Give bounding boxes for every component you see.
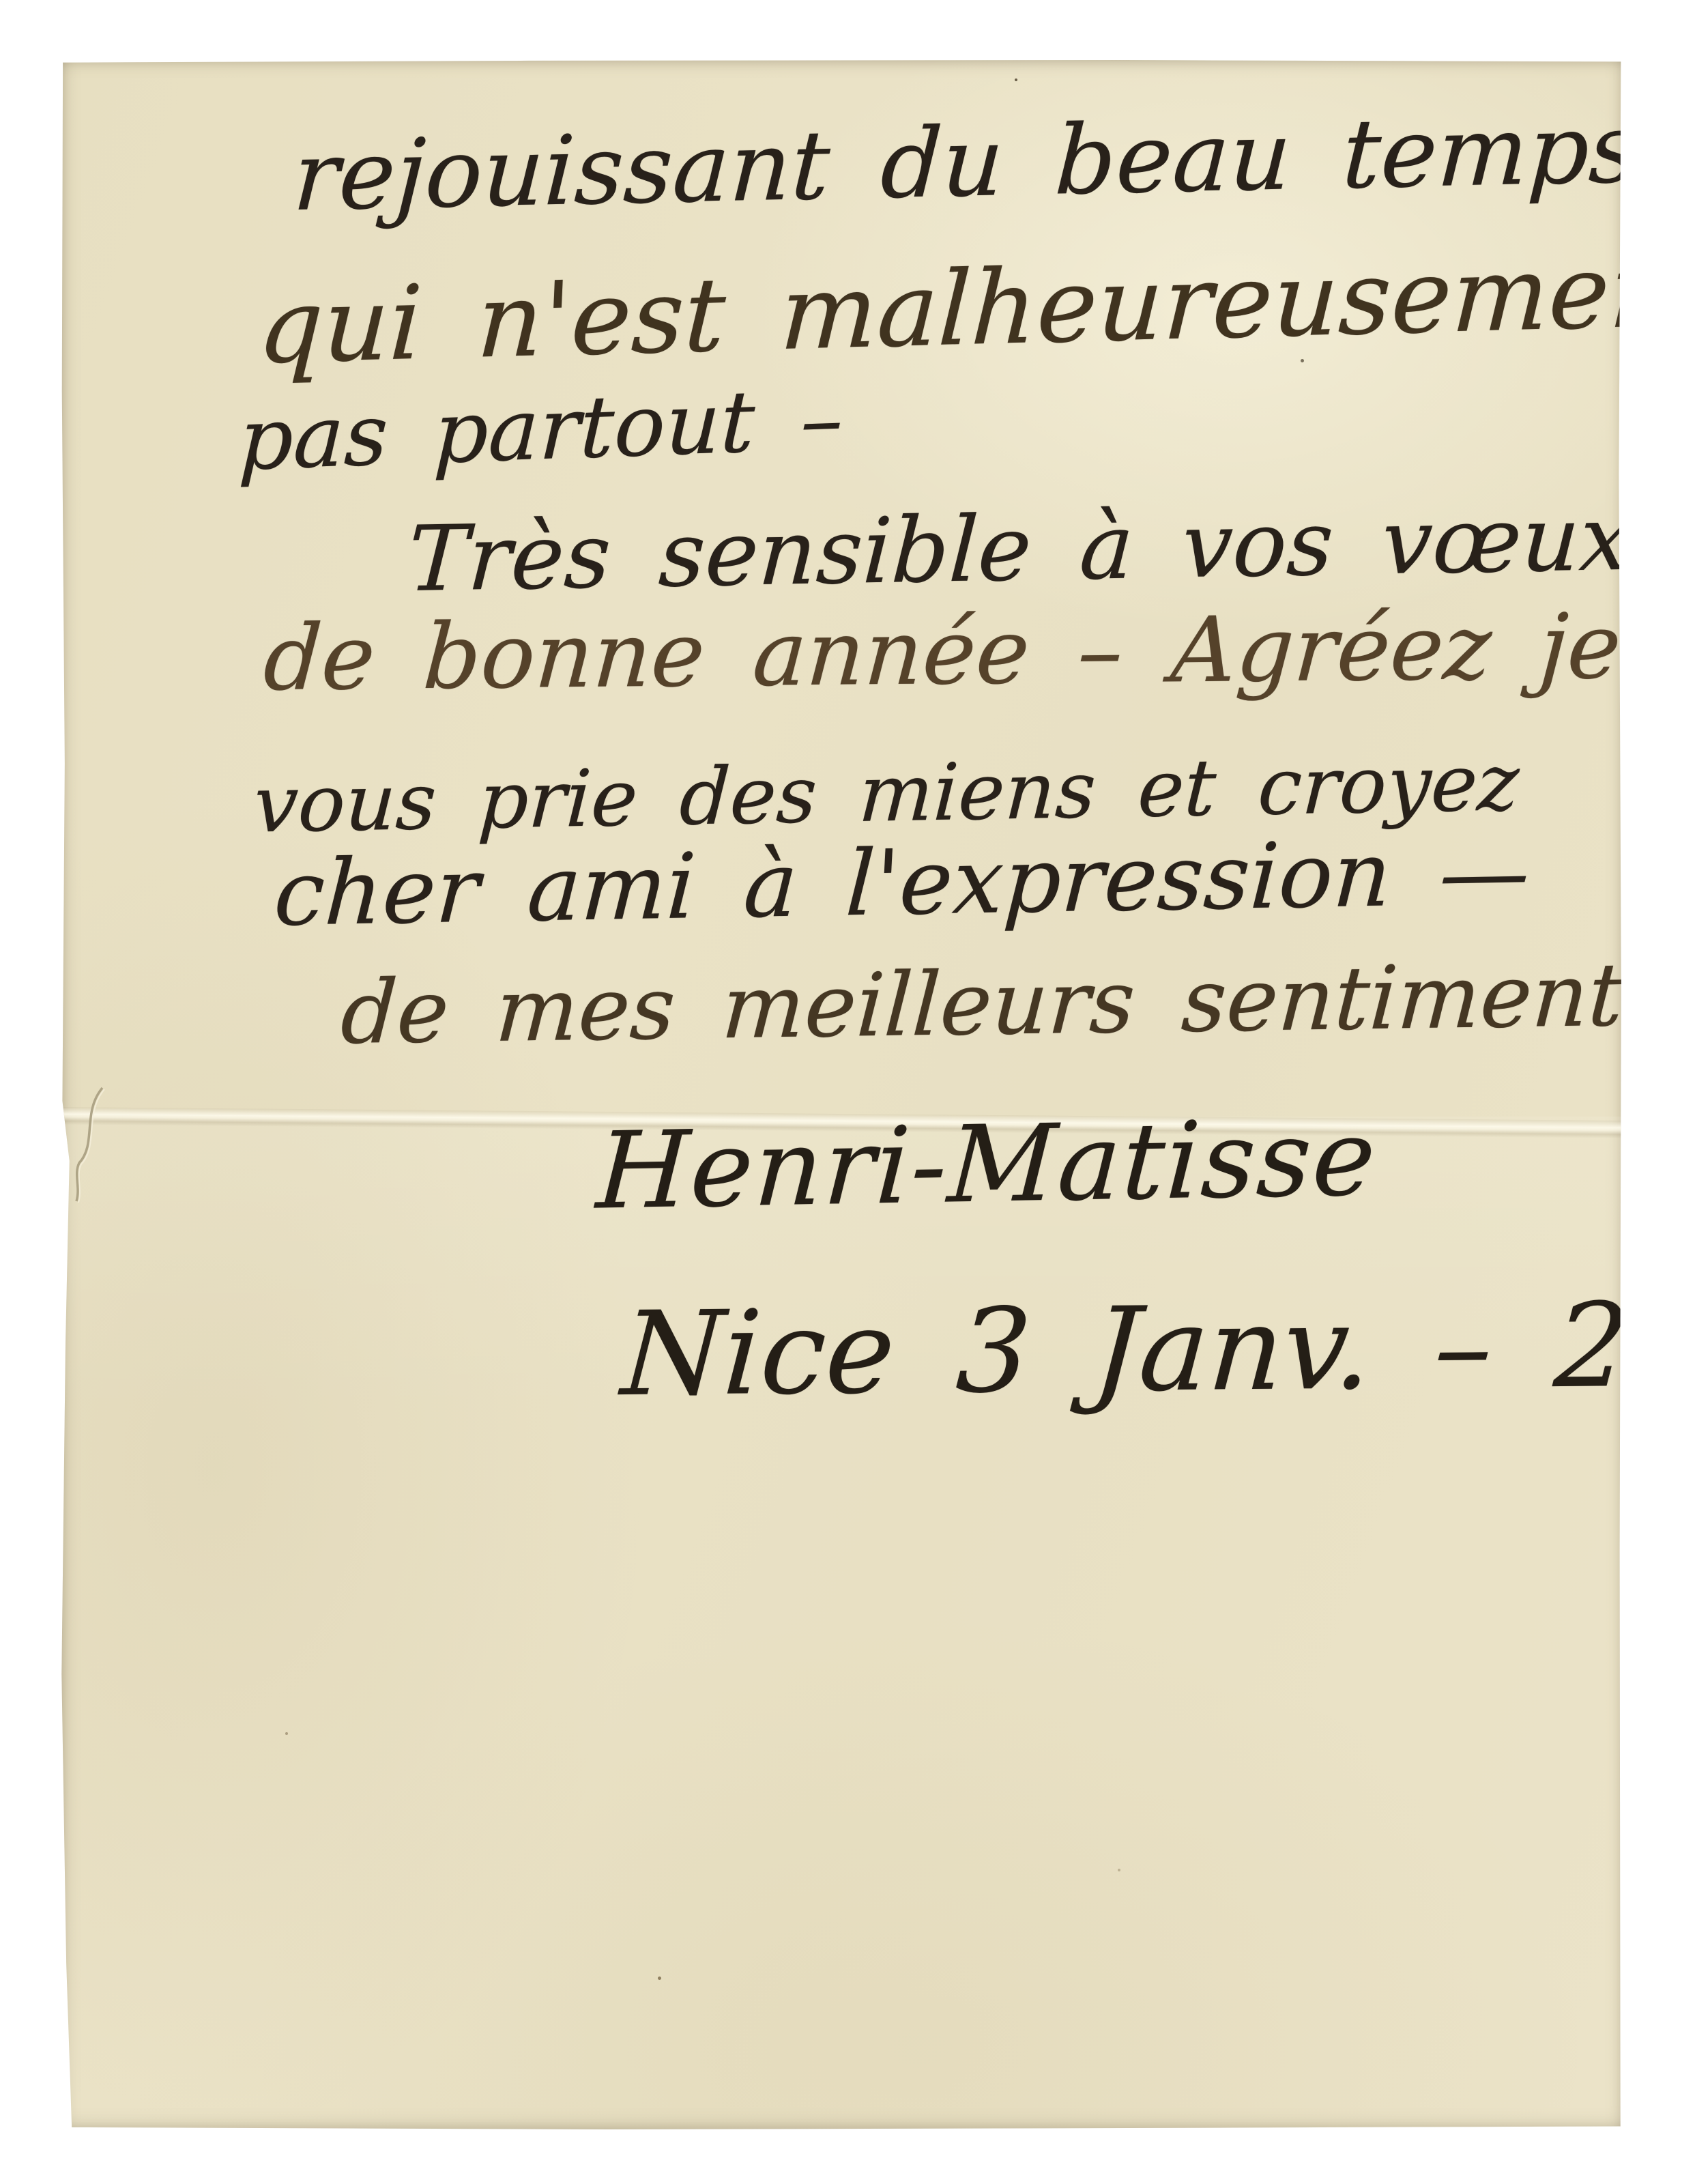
paper-speck bbox=[1481, 538, 1483, 540]
letter-line: Très sensible à vos vœux bbox=[406, 493, 1633, 605]
paper-tear bbox=[59, 1084, 124, 1207]
paper-speck bbox=[1301, 359, 1304, 362]
paper-speck bbox=[1118, 1869, 1120, 1871]
paper-speck bbox=[1015, 78, 1017, 81]
signature: Henri-Matisse bbox=[594, 1104, 1380, 1224]
letter-line: de bonne année – Agréez je bbox=[261, 602, 1623, 704]
dateline: Nice 3 Janv. – 25 bbox=[619, 1287, 1695, 1413]
letter-line: rejouissant du beau temps bbox=[291, 102, 1641, 225]
paper-speck bbox=[658, 1977, 661, 1980]
letter-line: qui n'est malheureusement bbox=[256, 238, 1695, 379]
paper-speck bbox=[285, 1732, 288, 1735]
letter-scan: rejouissant du beau temps qui n'est malh… bbox=[0, 0, 1695, 2184]
letter-paper: rejouissant du beau temps qui n'est malh… bbox=[60, 60, 1622, 2129]
letter-line: cher ami à l'expression — bbox=[272, 827, 1533, 939]
letter-line: de mes meilleurs sentiments bbox=[338, 951, 1670, 1057]
paper-texture bbox=[60, 1117, 1622, 2129]
letter-line: pas partout – bbox=[237, 376, 845, 483]
